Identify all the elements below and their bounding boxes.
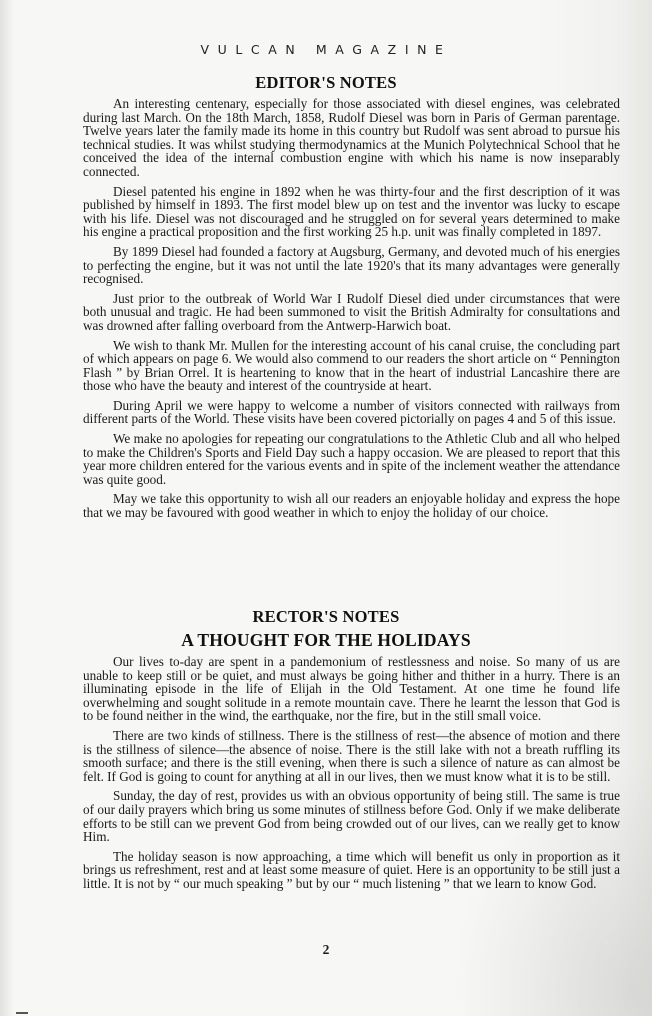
paragraph: The holiday season is now approaching, a… [83, 850, 620, 891]
paragraph: There are two kinds of stillness. There … [83, 729, 620, 783]
page-edge-shadow [0, 0, 14, 1016]
rectors-notes-heading: RECTOR'S NOTES [0, 607, 652, 627]
paragraph: We wish to thank Mr. Mullen for the inte… [83, 339, 620, 393]
editors-notes-body: An interesting centenary, especially for… [83, 97, 620, 526]
paragraph: We make no apologies for repeating our c… [83, 432, 620, 486]
rectors-notes-body: Our lives to-day are spent in a pandemon… [83, 655, 620, 897]
editors-notes-heading: EDITOR'S NOTES [0, 73, 652, 93]
paragraph: Just prior to the outbreak of World War … [83, 292, 620, 333]
paragraph: Our lives to-day are spent in a pandemon… [83, 655, 620, 723]
paragraph: Sunday, the day of rest, provides us wit… [83, 789, 620, 843]
rectors-notes-subheading: A THOUGHT FOR THE HOLIDAYS [0, 630, 652, 651]
paragraph: By 1899 Diesel had founded a factory at … [83, 245, 620, 286]
paragraph: May we take this opportunity to wish all… [83, 492, 620, 519]
magazine-masthead: VULCAN MAGAZINE [0, 42, 652, 57]
paragraph: Diesel patented his engine in 1892 when … [83, 185, 620, 239]
paragraph: During April we were happy to welcome a … [83, 399, 620, 426]
scan-mark [16, 1012, 28, 1014]
paragraph: An interesting centenary, especially for… [83, 97, 620, 179]
page-number: 2 [0, 942, 652, 958]
